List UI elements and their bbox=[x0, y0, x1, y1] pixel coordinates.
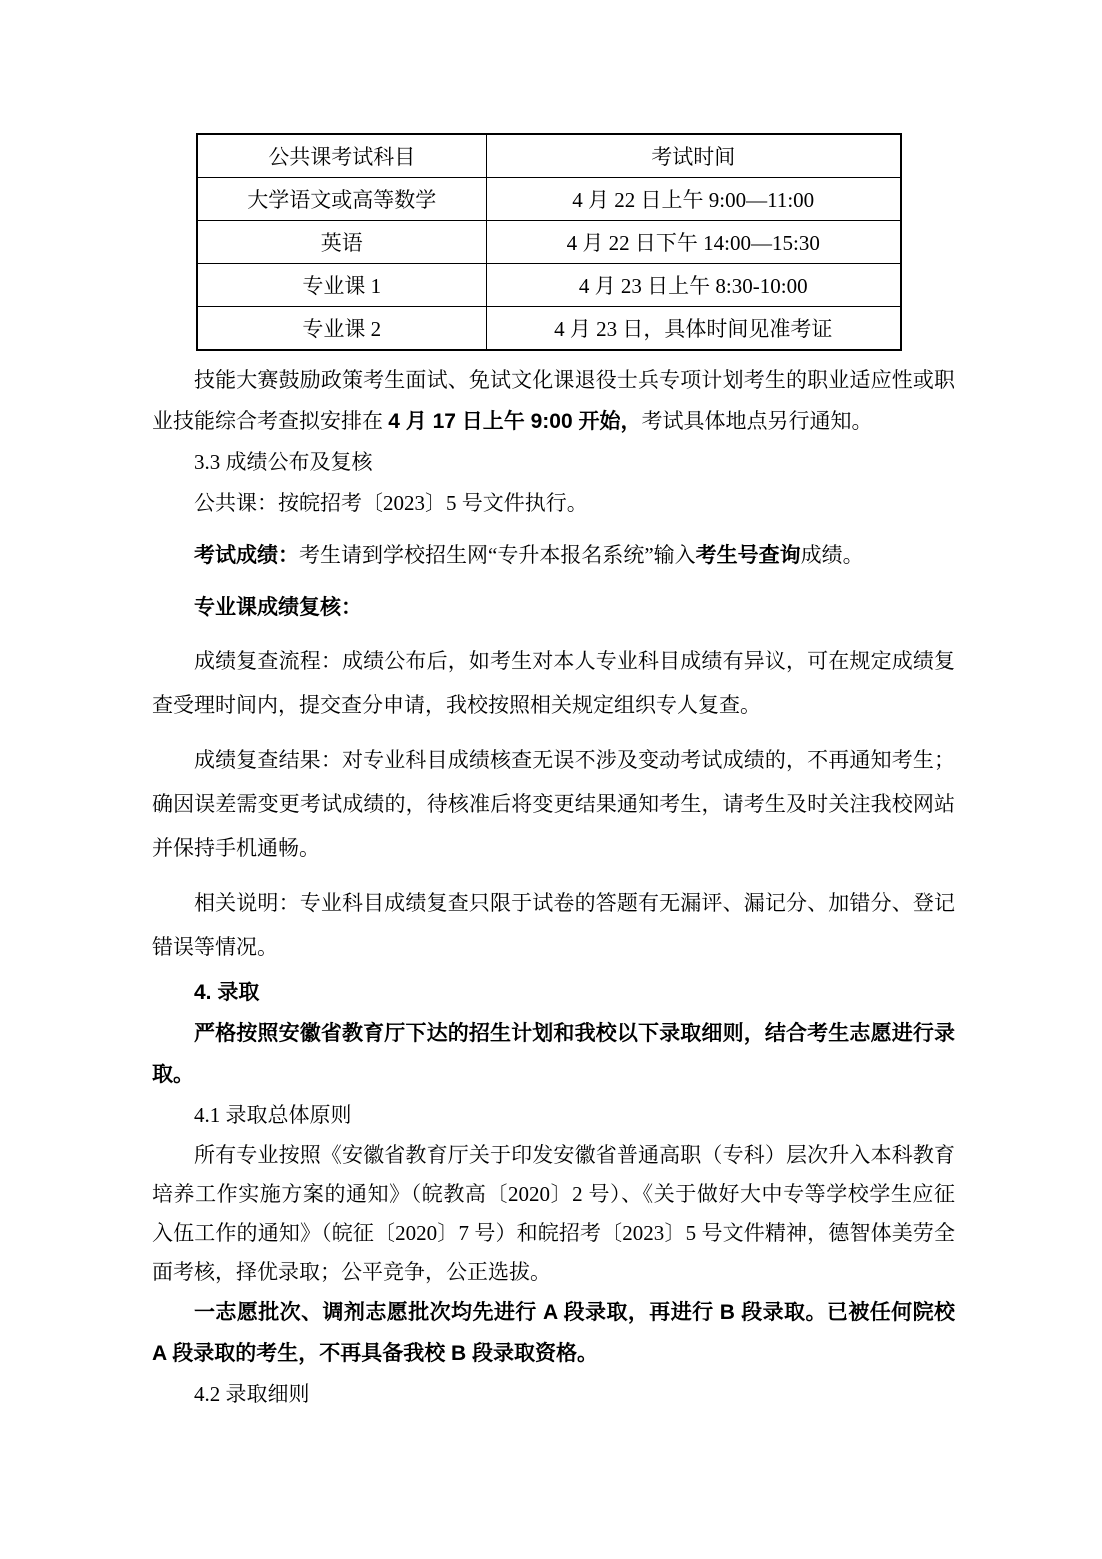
table-row: 大学语文或高等数学4 月 22 日上午 9:00—11:00 bbox=[197, 178, 901, 221]
para-exam-score: 考试成绩：考生请到学校招生网“专升本报名系统”输入考生号查询成绩。 bbox=[152, 535, 955, 576]
table-cell: 英语 bbox=[197, 221, 486, 264]
text-run: 成绩复查流程：成绩公布后，如考生对本人专业科目成绩有异议，可在规定成绩复查受理时… bbox=[152, 649, 955, 717]
table-header-time: 考试时间 bbox=[486, 134, 901, 178]
table-row: 专业课 24 月 23 日，具体时间见准考证 bbox=[197, 307, 901, 351]
bold-text-run: 严格按照安徽省教育厅下达的招生计划和我校以下录取细则，结合考生志愿进行录取。 bbox=[152, 1022, 955, 1086]
exam-schedule-table: 公共课考试科目 考试时间 大学语文或高等数学4 月 22 日上午 9:00—11… bbox=[196, 133, 902, 351]
text-run: 考生请到学校招生网“专升本报名系统”输入 bbox=[299, 543, 696, 567]
para-section-4-2: 4.2 录取细则 bbox=[152, 1374, 955, 1415]
paragraphs: 技能大赛鼓励政策考生面试、免试文化课退役士兵专项计划考生的职业适应性或职业技能综… bbox=[152, 360, 955, 1415]
para-admission-policy: 所有专业按照《安徽省教育厅关于印发安徽省普通高职（专科）层次升入本科教育培养工作… bbox=[152, 1136, 955, 1292]
table-row: 专业课 14 月 23 日上午 8:30-10:00 bbox=[197, 264, 901, 307]
text-run: 相关说明：专业科目成绩复查只限于试卷的答题有无漏评、漏记分、加错分、登记错误等情… bbox=[152, 891, 955, 959]
para-public-course: 公共课：按皖招考〔2023〕5 号文件执行。 bbox=[152, 483, 955, 524]
bold-text-run: 考生号查询 bbox=[696, 544, 801, 567]
table-cell: 4 月 23 日，具体时间见准考证 bbox=[486, 307, 901, 351]
text-run: 4.2 录取细则 bbox=[194, 1382, 310, 1406]
para-section-4-1: 4.1 录取总体原则 bbox=[152, 1095, 955, 1136]
para-section-4: 4. 录取 bbox=[152, 972, 955, 1013]
table-cell: 4 月 23 日上午 8:30-10:00 bbox=[486, 264, 901, 307]
table-header-subject: 公共课考试科目 bbox=[197, 134, 486, 178]
table-cell: 大学语文或高等数学 bbox=[197, 178, 486, 221]
bold-text-run: 一志愿批次、调剂志愿批次均先进行 A 段录取，再进行 B 段录取。已被任何院校 … bbox=[152, 1301, 955, 1365]
para-related-note: 相关说明：专业科目成绩复查只限于试卷的答题有无漏评、漏记分、加错分、登记错误等情… bbox=[152, 881, 955, 969]
para-admission-principle-intro: 严格按照安徽省教育厅下达的招生计划和我校以下录取细则，结合考生志愿进行录取。 bbox=[152, 1013, 955, 1095]
table-head: 公共课考试科目 考试时间 bbox=[197, 134, 901, 178]
bold-text-run: 4 月 17 日上午 9:00 开始， bbox=[388, 410, 641, 433]
bold-text-run: 4. 录取 bbox=[194, 981, 259, 1004]
bold-text-run: 专业课成绩复核： bbox=[194, 596, 362, 619]
text-run: 3.3 成绩公布及复核 bbox=[194, 450, 373, 474]
para-skill-exam-schedule: 技能大赛鼓励政策考生面试、免试文化课退役士兵专项计划考生的职业适应性或职业技能综… bbox=[152, 360, 955, 442]
table-cell: 4 月 22 日下午 14:00—15:30 bbox=[486, 221, 901, 264]
table-row: 英语4 月 22 日下午 14:00—15:30 bbox=[197, 221, 901, 264]
exam-table-body: 大学语文或高等数学4 月 22 日上午 9:00—11:00英语4 月 22 日… bbox=[197, 178, 901, 351]
document-page: 公共课考试科目 考试时间 大学语文或高等数学4 月 22 日上午 9:00—11… bbox=[0, 0, 1102, 1559]
para-review-result: 成绩复查结果：对专业科目成绩核查无误不涉及变动考试成绩的，不再通知考生；确因误差… bbox=[152, 738, 955, 870]
text-run: 4.1 录取总体原则 bbox=[194, 1103, 352, 1127]
text-run: 公共课：按皖招考〔2023〕5 号文件执行。 bbox=[194, 491, 588, 515]
bold-text-run: 考试成绩： bbox=[194, 544, 299, 567]
table-header-row: 公共课考试科目 考试时间 bbox=[197, 134, 901, 178]
document-content: 公共课考试科目 考试时间 大学语文或高等数学4 月 22 日上午 9:00—11… bbox=[152, 133, 955, 1415]
text-run: 所有专业按照《安徽省教育厅关于印发安徽省普通高职（专科）层次升入本科教育培养工作… bbox=[152, 1143, 955, 1284]
table-cell: 专业课 1 bbox=[197, 264, 486, 307]
para-review-process: 成绩复查流程：成绩公布后，如考生对本人专业科目成绩有异议，可在规定成绩复查受理时… bbox=[152, 639, 955, 727]
para-major-score-review-title: 专业课成绩复核： bbox=[152, 587, 955, 628]
text-run: 成绩。 bbox=[801, 543, 864, 567]
table-cell: 专业课 2 bbox=[197, 307, 486, 351]
text-run: 考试具体地点另行通知。 bbox=[642, 409, 873, 433]
para-volunteer-batch: 一志愿批次、调剂志愿批次均先进行 A 段录取，再进行 B 段录取。已被任何院校 … bbox=[152, 1292, 955, 1374]
para-section-3-3: 3.3 成绩公布及复核 bbox=[152, 442, 955, 483]
text-run: 成绩复查结果：对专业科目成绩核查无误不涉及变动考试成绩的，不再通知考生；确因误差… bbox=[152, 748, 955, 860]
table-cell: 4 月 22 日上午 9:00—11:00 bbox=[486, 178, 901, 221]
